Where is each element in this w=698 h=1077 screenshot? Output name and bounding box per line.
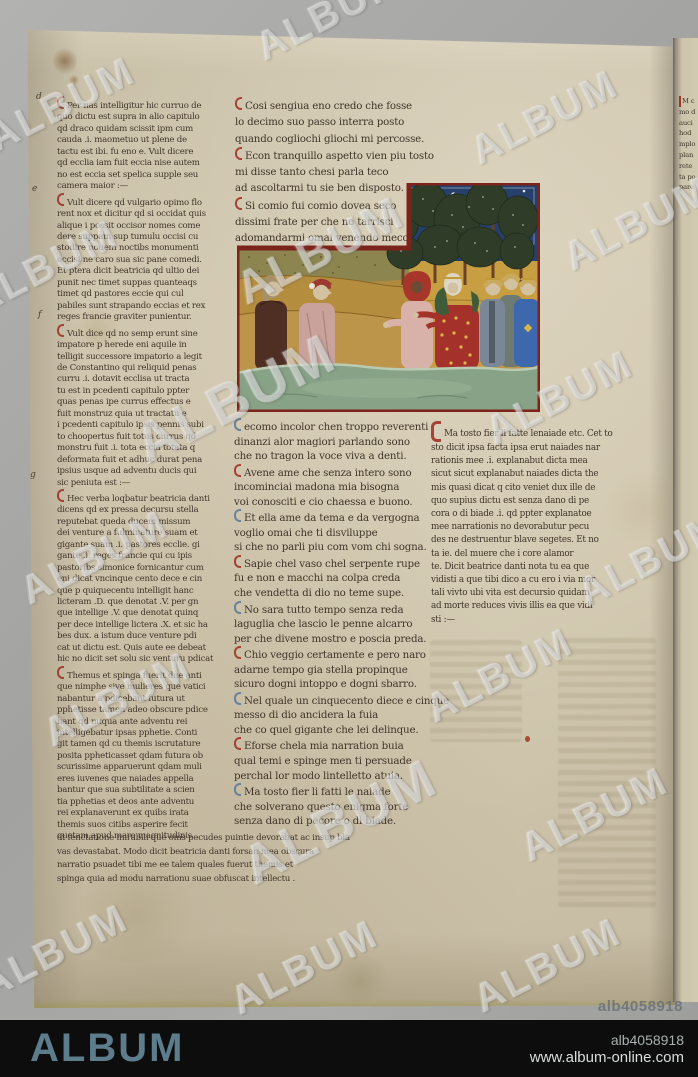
commentary-bottom-lines: et fenctatione mirabili que oms pecudes … — [57, 832, 429, 886]
text-line: Hec verba loqbatur beatricia danti — [57, 489, 241, 505]
paraph-mark — [234, 737, 241, 750]
text-line: hod — [679, 128, 695, 139]
website-url[interactable]: www.album-online.com — [530, 1049, 684, 1067]
text-line: alique i possit occisor nomes come — [57, 221, 241, 232]
paraph-mark — [234, 646, 241, 659]
paraph-mark — [235, 97, 242, 110]
text-line: qd ecclia iam fuit eccia nise autem — [57, 158, 241, 169]
image-id: alb4058918 — [530, 1031, 684, 1049]
text-block: Vult dice qd no semp erunt sineimpatore … — [57, 324, 241, 489]
text-line: messo di dio ancidera la fuia — [234, 708, 440, 723]
commentary-column-left: Per nas intelligitur hic curruo dequo di… — [57, 96, 241, 843]
text-block: Sapie chel vaso chel serpente rupefu e n… — [234, 555, 440, 601]
text-block: Et ella ame da tema e da vergognavoglio … — [234, 509, 440, 555]
text-line: punit nec timet suppas quanteaqs — [57, 278, 241, 289]
text-line: dinanzi alor magiori parlando sono — [234, 435, 440, 450]
text-line: Vult dice qd no semp erunt sine — [57, 324, 241, 340]
stain — [53, 46, 77, 76]
text-line: Eforse chela mia narration buia — [234, 737, 440, 754]
text-line: que p quiquecentu intelligit hanc — [57, 586, 241, 597]
text-line: dicens qd ex pressa decursu stella — [57, 505, 241, 516]
text-line: rei explanaverunt ex quibs irata — [57, 808, 241, 819]
text-line: rete — [679, 161, 695, 172]
text-line: tu est in pcedenti capitulo ppter — [57, 386, 241, 397]
text-line: monstru fuit .i. tota eccia totata q — [57, 443, 241, 454]
text-line: telligit successore impatorio a legit — [57, 352, 241, 363]
text-line: vidisti a que tibi dico a cu ero i via m… — [431, 574, 669, 587]
text-line: Nel quale un cinquecento diece e cinque — [234, 692, 440, 709]
paraph-mark — [57, 489, 64, 502]
text-line: quas penas ipe currus effectus e — [57, 397, 241, 408]
paraph-mark — [234, 509, 241, 522]
text-line: mi disse tanto chesi parla teco — [235, 164, 427, 180]
text-line: sicuro dogni intoppo e dogni sbarro. — [234, 677, 440, 692]
text-line: occisi ne caro sua sic pane comedi. — [57, 255, 241, 266]
text-block: Eforse chela mia narration buiaqual temi… — [234, 737, 440, 783]
text-line: gigante suam .i. pastores ecclie. gi — [57, 540, 241, 551]
text-line: timet qd pastores eccie qui cul — [57, 289, 241, 300]
text-line: bantur que sua subtilitate a scien — [57, 785, 241, 796]
margin-letter: f — [38, 310, 41, 320]
paraph-mark — [57, 193, 64, 206]
text-line: senza dano di pecore o di biade. — [234, 814, 440, 829]
miniature-scene — [237, 183, 540, 412]
text-line: impatore p herede eni aquile in — [57, 340, 241, 351]
text-line: pabiles sunt strapando eccias et rex — [57, 301, 241, 312]
text-line: Et ptera dicit beatricia qd ultio dei — [57, 266, 241, 277]
paraph-mark — [234, 783, 241, 796]
text-line: voi conosciti e cio chaessa e buono. — [234, 495, 440, 510]
text-line: intelligebatur ipsas pphetie. Conti — [57, 728, 241, 739]
text-line: Ma tosto fier li fatte lenaiade etc. Cet… — [431, 421, 669, 442]
text-line: qual temi e spinge men ti persuade — [234, 754, 440, 769]
text-line: posita ppheticasset qdam futura ob — [57, 751, 241, 762]
text-line: ta ie. del muere che i core alamor — [431, 548, 669, 561]
text-line: et fenctatione mirabili que oms pecudes … — [57, 832, 429, 846]
text-line: lo decimo suo passo interra posto — [235, 114, 427, 130]
text-line: incominciai madona mia bisogna — [234, 480, 440, 495]
image-id-watermark: alb4058918 — [583, 998, 683, 1015]
text-line: de Constantino qui reliquid penas — [57, 363, 241, 374]
paraph-mark — [57, 666, 64, 679]
text-line: nabantur a pdicebant futura ut — [57, 694, 241, 705]
text-line: sto dicit ipsa facta ipsa erut naiades n… — [431, 442, 669, 455]
paraph-mark — [234, 464, 241, 477]
stain — [69, 74, 79, 86]
text-line: te. Dicit beatrice danti nota tu ea que — [431, 561, 669, 574]
facing-page-text-fragments: M cmo daucihodmploplanreteta popare — [679, 96, 695, 193]
text-block: Nel quale un cinquecento diece e cinquem… — [234, 692, 440, 738]
text-line: Themus et spinga fuerit due anti — [57, 666, 241, 682]
text-line: reges francie graviter punientur. — [57, 312, 241, 323]
ink-spot — [525, 736, 530, 742]
text-line: quo supius dictu est senza dano di pe — [431, 495, 669, 508]
text-line: tali vivto ubi vita est decursio quidam — [431, 587, 669, 600]
text-line: sicut sicut explanabut naiades dicta the — [431, 468, 669, 481]
text-line: Cosi sengiua eno credo che fosse — [235, 97, 427, 114]
margin-letter: e — [32, 184, 37, 194]
paraph-mark — [234, 555, 241, 568]
text-line: laguglia che lascio le penne alcarro — [234, 617, 440, 632]
footer-bar: ALBUM alb4058918 www.album-online.com — [0, 1020, 698, 1077]
text-block: Chio veggio certamente e pero naroadarne… — [234, 646, 440, 692]
paraph-mark — [234, 692, 241, 705]
text-line: che vendetta di dio no teme supe. — [234, 586, 440, 601]
footer-info: alb4058918 www.album-online.com — [530, 1031, 684, 1067]
text-line: Chio veggio certamente e pero naro — [234, 646, 440, 663]
text-line: No sara tutto tempo senza reda — [234, 601, 440, 618]
text-line: camera maior :— — [57, 181, 241, 192]
text-line: qd draco quidam scissit ipm cum — [57, 124, 241, 135]
text-line: rent nox et dicitur qd si occidat quis — [57, 209, 241, 220]
text-line: i pcedenti capitulo ipsis pennis subi — [57, 420, 241, 431]
text-line: perchal lor modo lintelletto atuia. — [234, 769, 440, 784]
text-line: mee narrationis no devorabutur pecu — [431, 521, 669, 534]
text-line: plan — [679, 150, 695, 161]
text-line: eni dicat vncinque cento dece e cin — [57, 574, 241, 585]
text-line: que intellige .V. que denotat quinq — [57, 608, 241, 619]
text-line: si che no parli piu com vom chi sogna. — [234, 540, 440, 555]
text-line: dei venture a fulminature suam et — [57, 528, 241, 539]
stain — [325, 956, 395, 1002]
text-line: Per nas intelligitur hic curruo de — [57, 96, 241, 112]
text-block: ecomo incolor chen troppo reverentidinan… — [234, 418, 440, 464]
text-line: auci — [679, 118, 695, 129]
text-line: que nimphe sive mulieres que vatici — [57, 682, 241, 693]
text-line: hic no dicit set solu sic venturu pdicat — [57, 654, 241, 665]
text-line: Avene ame che senza intero sono — [234, 464, 440, 481]
text-line: cora o di biade .i. qd ppter explanatoe — [431, 508, 669, 521]
text-line: pphetisse tamen adeo obscure pdice — [57, 705, 241, 716]
text-line: des ne destruentur blave segetes. Et no — [431, 534, 669, 547]
text-line: dere suppam sup tumulu occisi cu — [57, 232, 241, 243]
text-line: ta po — [679, 172, 695, 183]
text-line: reputebat queda ducem missum — [57, 517, 241, 528]
text-line: ecomo incolor chen troppo reverenti — [234, 418, 440, 435]
text-line: narratio psuadet tibi me ee talem quales… — [57, 859, 429, 873]
text-line: scurissime apparuerunt qdam muli — [57, 762, 241, 773]
text-line: cat ut dictu est. Quis aute ee debeat — [57, 643, 241, 654]
text-block: Vult dicere qd vulgario opimo florent no… — [57, 193, 241, 324]
text-line: spinga quia ad modu narrationu suae obfu… — [57, 873, 429, 887]
text-line: fu e non e macchi na colpa creda — [234, 571, 440, 586]
text-line: voglio omai che ti disviluppe — [234, 526, 440, 541]
text-block: Ma tosto fier li fatte lenaiade etc. Cet… — [431, 421, 669, 627]
handmaidens-group — [480, 276, 540, 367]
text-line: vas devastabat. Modo dicit beatricia dan… — [57, 846, 429, 860]
text-block: Per nas intelligitur hic curruo dequo di… — [57, 96, 241, 193]
text-line: Ma tosto fier li fatti le naiade — [234, 783, 440, 800]
text-block: Ma tosto fier li fatti le naiadeche solv… — [234, 783, 440, 829]
text-line: Econ tranquillo aspetto vien piu tosto — [235, 147, 427, 164]
text-line: eres iuvenes que naiades appella — [57, 774, 241, 785]
text-line: Sapie chel vaso chel serpente rupe — [234, 555, 440, 572]
text-line: Vult dicere qd vulgario opimo flo — [57, 193, 241, 209]
text-line: M c — [679, 96, 695, 107]
text-line: adarne tempo gia stella propinque — [234, 663, 440, 678]
text-line: no est eccia set spelica supple seu — [57, 170, 241, 181]
text-line: licteram .D. que denotat .V. per gn — [57, 597, 241, 608]
text-line: bes dux. a istum duce venture pdi — [57, 631, 241, 642]
text-line: quo dictu est supra in alio capitulo — [57, 112, 241, 123]
miniature-illustration — [237, 183, 540, 412]
margin-letter: g — [30, 470, 36, 480]
text-line: tia pphetias et deos ante adventu — [57, 797, 241, 808]
text-block: No sara tutto tempo senza redalaguglia c… — [234, 601, 440, 647]
manuscript-page: Per nas intelligitur hic curruo dequo di… — [25, 26, 675, 1008]
stock-photo-frame: Per nas intelligitur hic curruo dequo di… — [0, 0, 698, 1077]
text-line: che no tragon la voce viva a denti. — [234, 449, 440, 464]
text-line: Et ella ame da tema e da vergogna — [234, 509, 440, 526]
text-line: quando cogliochi gliochi mi percosse. — [235, 131, 427, 147]
text-line: bant qd nuqua ante adventu rei — [57, 717, 241, 728]
text-line: cauda .i. maometuo ut plene de — [57, 135, 241, 146]
text-line: mplo — [679, 139, 695, 150]
text-line: che co quel gigante che lei delinque. — [234, 723, 440, 738]
bleedthrough-text — [558, 638, 656, 908]
commentary-column-right: Ma tosto fier li fatte lenaiade etc. Cet… — [431, 421, 669, 627]
facing-page-edge: M cmo daucihodmploplanreteta popare — [673, 38, 698, 1002]
text-line: themis suos citibs asperire fecit — [57, 820, 241, 831]
text-line: gante .i. reges francie qui cu ipis — [57, 551, 241, 562]
paraph-mark — [234, 601, 241, 614]
verse-column-lower: ecomo incolor chen troppo reverentidinan… — [234, 418, 440, 829]
text-block: Hec verba loqbatur beatricia dantidicens… — [57, 489, 241, 666]
text-line: rationis mee .i. explanabut dicta mea — [431, 455, 669, 468]
text-line: fuit monstruz quia ut tractatu e — [57, 409, 241, 420]
paraph-mark — [234, 418, 241, 431]
text-line: mo d — [679, 107, 695, 118]
text-line: per dece intellige lictera .X. et sic ha — [57, 620, 241, 631]
text-line: pare — [679, 182, 695, 193]
album-logo: ALBUM — [30, 1026, 184, 1071]
text-block: Avene ame che senza intero sonoincominci… — [234, 464, 440, 510]
text-line: git tamen qd cu themis iscrutature — [57, 739, 241, 750]
text-line: sti :— — [431, 614, 669, 627]
text-line: ipsius usque ad adventu ducis qui — [57, 466, 241, 477]
paraph-mark — [57, 96, 64, 109]
text-line: per che divene mostro e poscia preda. — [234, 632, 440, 647]
text-line: ad morte reduces vivis illis ea que vidi — [431, 600, 669, 613]
paraph-mark — [57, 324, 64, 337]
bleedthrough-text — [430, 640, 522, 742]
paraph-mark — [431, 421, 441, 442]
text-line: to choopertus fuit totus currus qd — [57, 432, 241, 443]
text-line: curru .i. dotavit ecclisa ut tracta — [57, 374, 241, 385]
text-line: che solverano questo enigma forte — [234, 800, 440, 815]
text-line: tactu est ibi. fu eno e. Vult dicere — [57, 147, 241, 158]
margin-letter: d — [36, 92, 42, 102]
text-line: pastoribs simonice fornicantur cum — [57, 563, 241, 574]
text-line: mis quasi dicat q cito veniet dux ille d… — [431, 482, 669, 495]
text-block: Themus et spinga fuerit due antique nimp… — [57, 666, 241, 843]
paraph-mark — [235, 147, 242, 160]
text-block: Cosi sengiua eno credo che fosselo decim… — [235, 97, 427, 147]
text-line: deformata fuit et adhuc durat pena — [57, 455, 241, 466]
text-line: stodire nouem noctibs monumenti — [57, 243, 241, 254]
text-line: sic peniuta est :— — [57, 478, 241, 489]
